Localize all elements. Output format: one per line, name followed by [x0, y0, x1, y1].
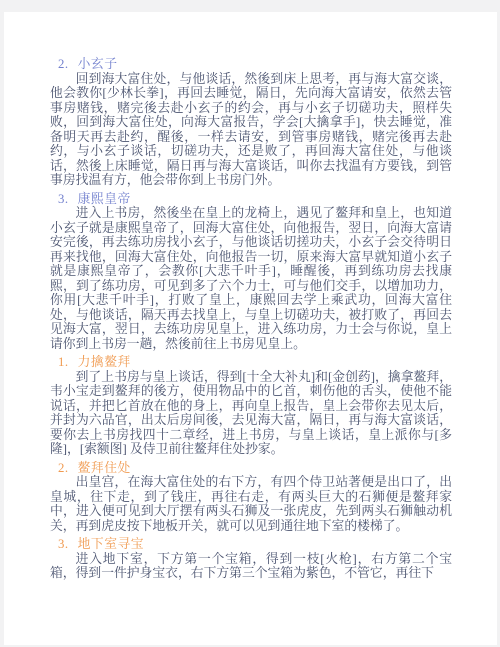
section-capture-aobai: 1.力擒鳌拜 到了上书房与皇上谈话，得到[十全大补丸]和[金创药]，擒拿鳌拜，韦… — [50, 355, 460, 457]
section-heading: 3.地下室寻宝 — [50, 537, 460, 552]
section-heading: 3.康熙皇帝 — [50, 192, 460, 207]
section-heading: 1.力擒鳌拜 — [50, 355, 460, 370]
section-aobai-residence: 2.鳌拜住处 出皇宫，在海大富住处的右下方，有四个侍卫站著便是出口了，出皇城，往… — [50, 461, 460, 534]
section-title: 力擒鳌拜 — [78, 355, 131, 369]
page-background: { "colors": { "page_background": "#f2f2f… — [0, 0, 500, 647]
section-number: 3. — [58, 537, 69, 551]
section-title: 鳌拜住处 — [78, 461, 131, 475]
section-heading: 2.小玄子 — [50, 57, 460, 72]
section-basement-treasure: 3.地下室寻宝 进入地下室，下方第一个宝箱，得到一枝[火枪]，右方第二个宝箱，得… — [50, 537, 460, 581]
document-page: 2.小玄子 回到海大富住处，与他谈话，然後到床上思考，再与海大富交谈，他会教你[… — [4, 12, 497, 645]
section-number: 1. — [58, 355, 69, 369]
section-title: 小玄子 — [78, 57, 118, 71]
section-paragraph: 回到海大富住处，与他谈话，然後到床上思考，再与海大富交谈，他会教你[少林长拳]，… — [50, 72, 452, 188]
section-number: 2. — [58, 461, 69, 475]
section-title: 康熙皇帝 — [78, 192, 131, 206]
section-kangxi-emperor: 3.康熙皇帝 进入上书房，然後坐在皇上的龙椅上，遇见了鳌拜和皇上，也知道小玄子就… — [50, 192, 460, 352]
section-paragraph: 进入地下室，下方第一个宝箱，得到一枝[火枪]，右方第二个宝箱，得到一件护身宝衣，… — [50, 552, 452, 581]
section-number: 2. — [58, 57, 69, 71]
section-xiaoxuanzi: 2.小玄子 回到海大富住处，与他谈话，然後到床上思考，再与海大富交谈，他会教你[… — [50, 57, 460, 188]
document-content: 2.小玄子 回到海大富住处，与他谈话，然後到床上思考，再与海大富交谈，他会教你[… — [4, 12, 460, 581]
section-paragraph: 出皇宫，在海大富住处的右下方，有四个侍卫站著便是出口了，出皇城，往下走，到了钱庄… — [50, 475, 452, 533]
section-number: 3. — [58, 192, 69, 206]
section-heading: 2.鳌拜住处 — [50, 461, 460, 476]
section-paragraph: 到了上书房与皇上谈话，得到[十全大补丸]和[金创药]，擒拿鳌拜，韦小宝走到鳌拜的… — [50, 370, 452, 457]
section-paragraph: 进入上书房，然後坐在皇上的龙椅上，遇见了鳌拜和皇上，也知道小玄子就是康熙皇帝了，… — [50, 206, 452, 351]
section-title: 地下室寻宝 — [78, 537, 144, 551]
